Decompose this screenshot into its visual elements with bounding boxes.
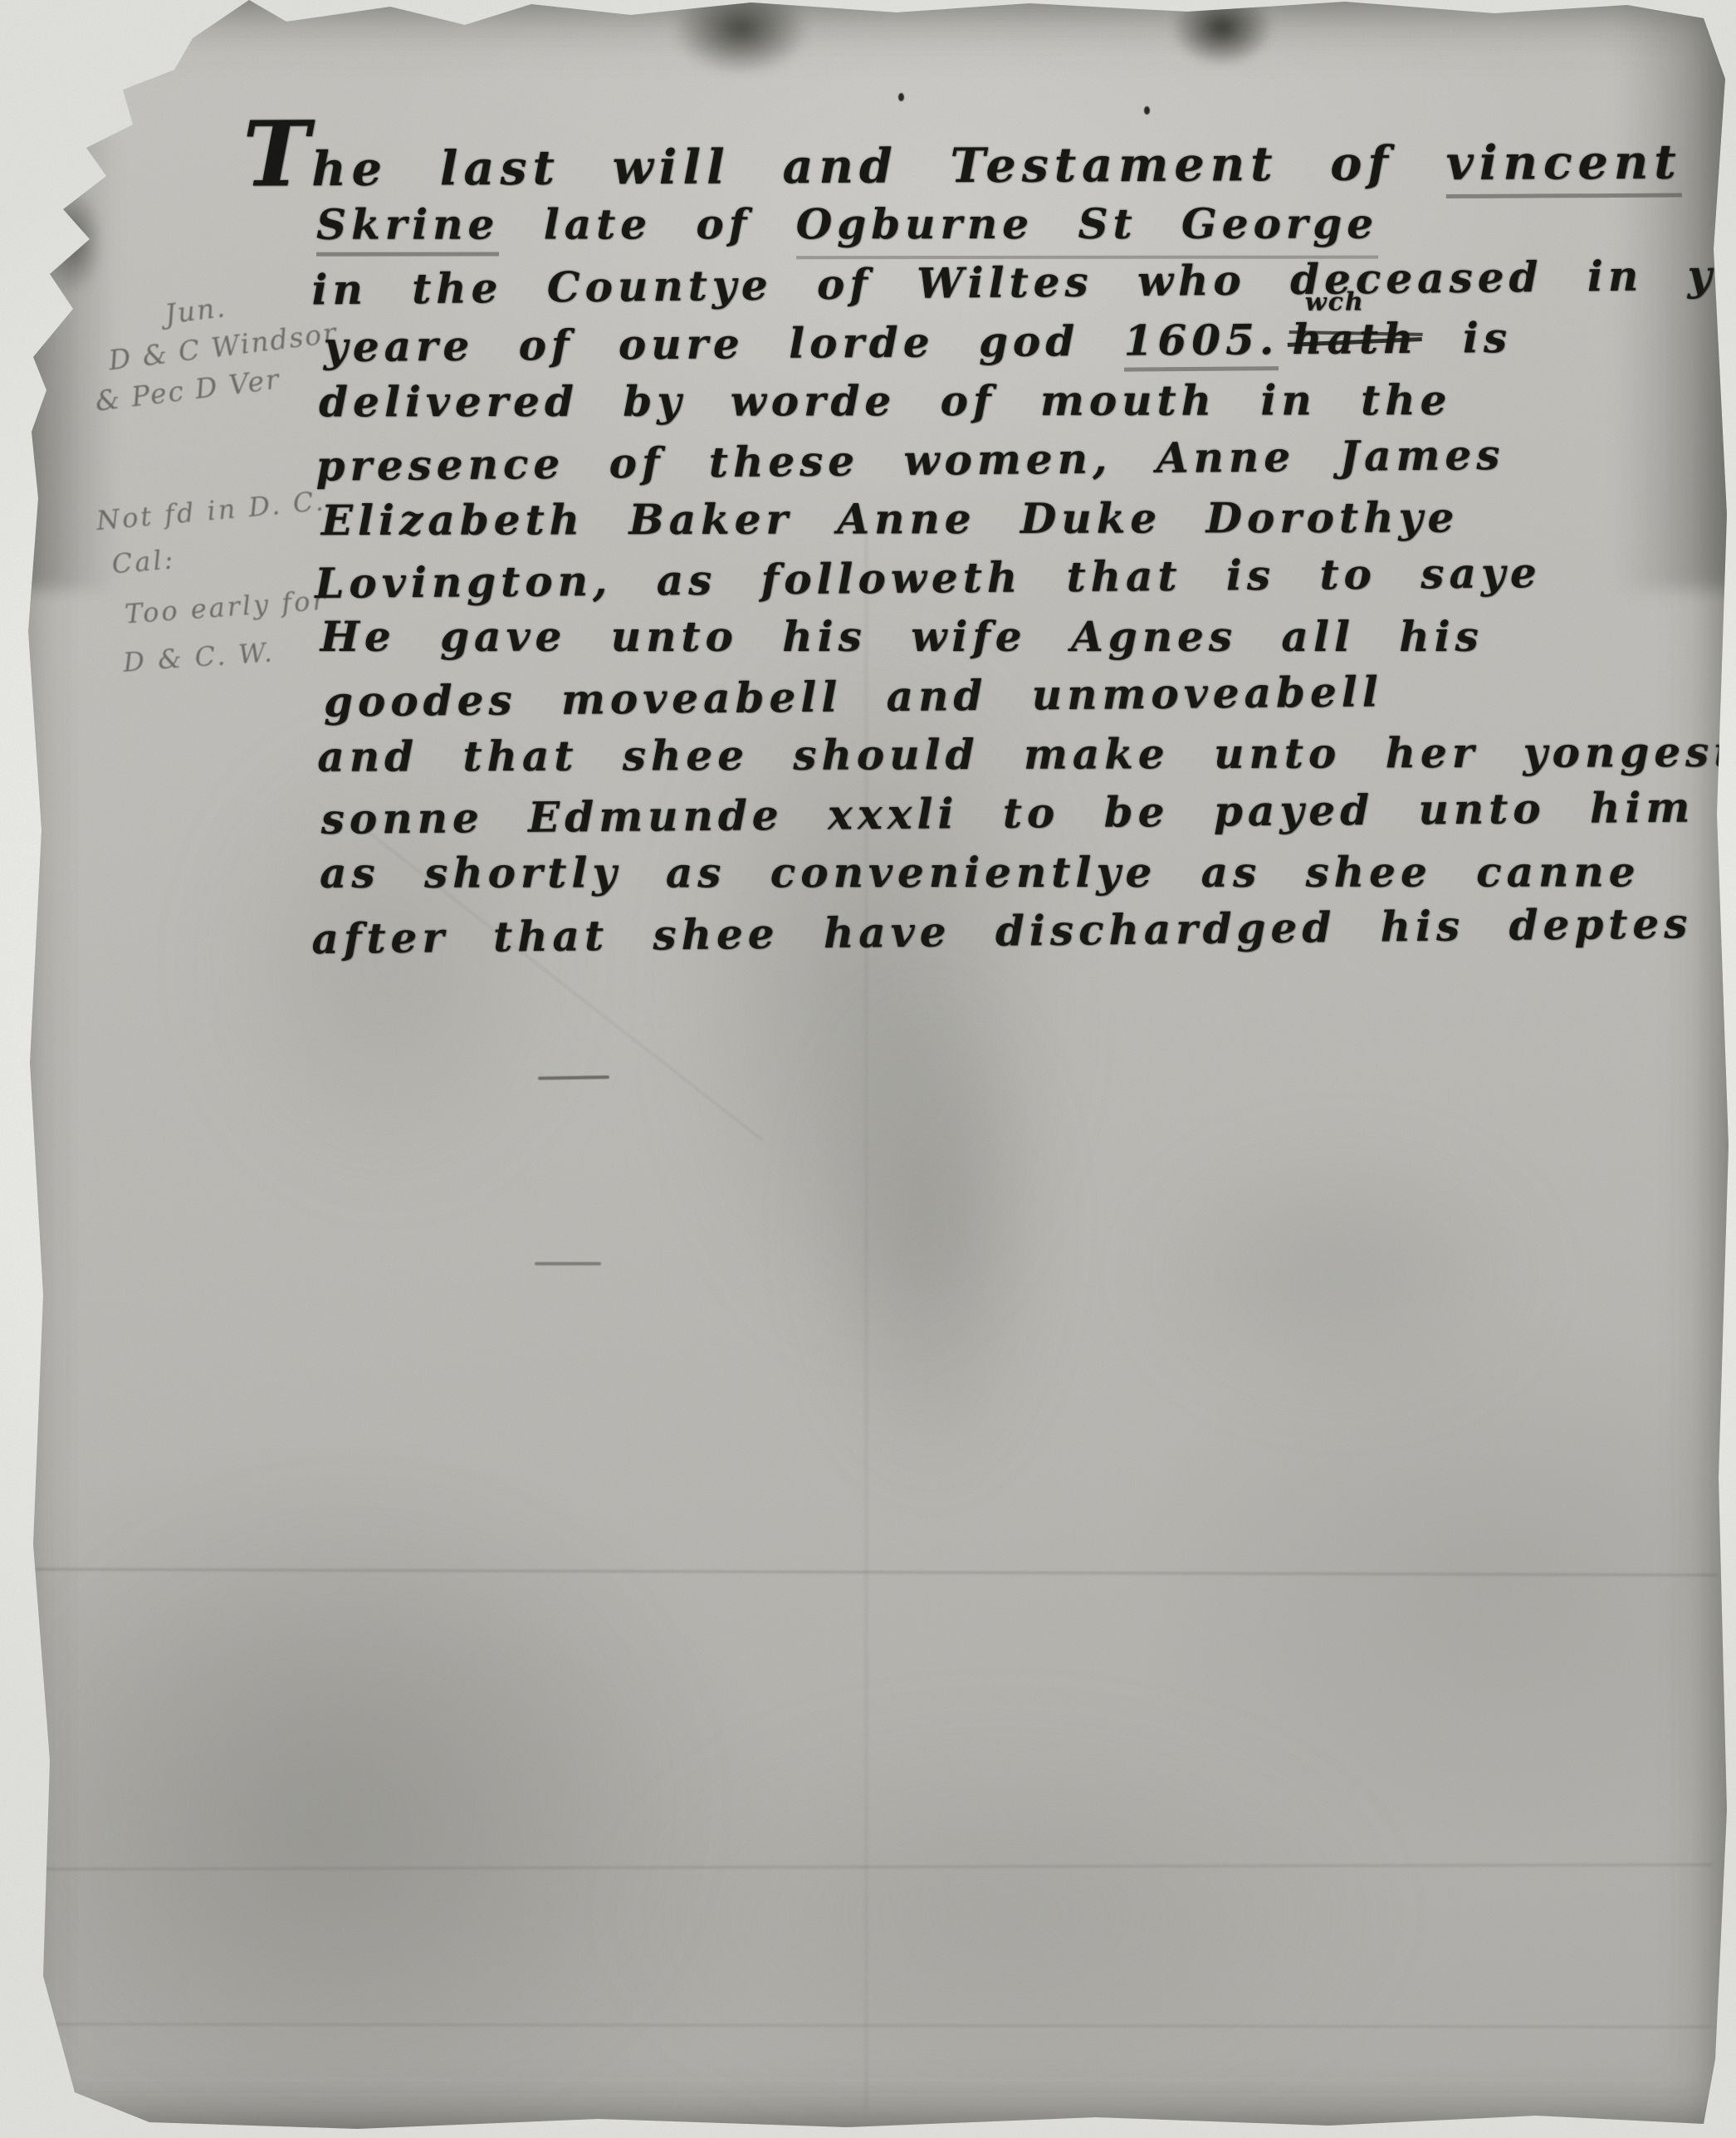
text-line-14: after that shee have dischardged his dep… xyxy=(247,898,1714,974)
water-stain xyxy=(623,1719,1386,2109)
fold-crease xyxy=(38,1863,1712,1870)
water-stain xyxy=(28,1511,676,2101)
edge-stain xyxy=(42,189,103,294)
text-line-1: The last will and Testament of vincent xyxy=(242,110,1709,203)
text-line-4: yeare of oure lorde god 1605.wchhath is xyxy=(244,311,1711,382)
ink-dot xyxy=(898,93,904,101)
text-line-9: He gave unto his wife Agnes all his xyxy=(246,612,1712,671)
inserted-word: wch xyxy=(1305,287,1365,317)
water-stain xyxy=(805,971,1054,1486)
text-line-12: sonne Edmunde xxxli to be payed unto him xyxy=(246,782,1713,854)
ink-stain xyxy=(1171,0,1274,66)
inline-correction: wchhath xyxy=(1292,314,1419,364)
text-line-13: as shortly as convenientlye as shee cann… xyxy=(247,847,1713,908)
title-text: The last will and Testament of xyxy=(242,135,1445,198)
pencil-dash xyxy=(538,1075,609,1080)
underlined-surname: Skrine xyxy=(316,200,499,257)
scanned-manuscript: { "document": { "lines": [ {"pre": "The … xyxy=(0,0,1736,2138)
line-text: late of xyxy=(499,199,795,248)
text-line-7: Elizabeth Baker Anne Duke Dorothye xyxy=(245,492,1711,555)
underlined-place: Ogburne St George xyxy=(796,199,1378,260)
underlined-name-vincent: vincent xyxy=(1445,135,1681,198)
text-line-5: delivered by worde of mouth in the xyxy=(244,374,1710,436)
text-line-8: Lovington, as followeth that is to saye xyxy=(245,546,1712,618)
text-line-6: presence of these women, Anne James xyxy=(244,428,1711,501)
line-text: yeare of oure lorde god xyxy=(324,316,1124,372)
water-stain xyxy=(1137,1137,1544,1411)
line-text: is xyxy=(1418,313,1512,363)
text-line-11: and that shee should make unto her yonge… xyxy=(246,727,1712,791)
underlined-year-1605: 1605. xyxy=(1123,315,1279,371)
ink-stain xyxy=(672,0,809,75)
fold-crease xyxy=(43,2023,1710,2028)
ink-dot xyxy=(1144,106,1150,115)
main-text-block: The last will and Testament of vincent S… xyxy=(242,110,1713,969)
fold-crease xyxy=(35,1568,1717,1576)
struck-word: hath xyxy=(1292,314,1419,364)
text-line-10: goodes moveabell and unmoveabell xyxy=(246,664,1713,737)
torn-paper-sheet: Jun. D & C Windsor & Pec D Ver Not fd in… xyxy=(0,0,1736,2138)
text-line-2: Skrine late of Ogburne St George xyxy=(243,198,1709,259)
pencil-dash xyxy=(535,1262,601,1265)
